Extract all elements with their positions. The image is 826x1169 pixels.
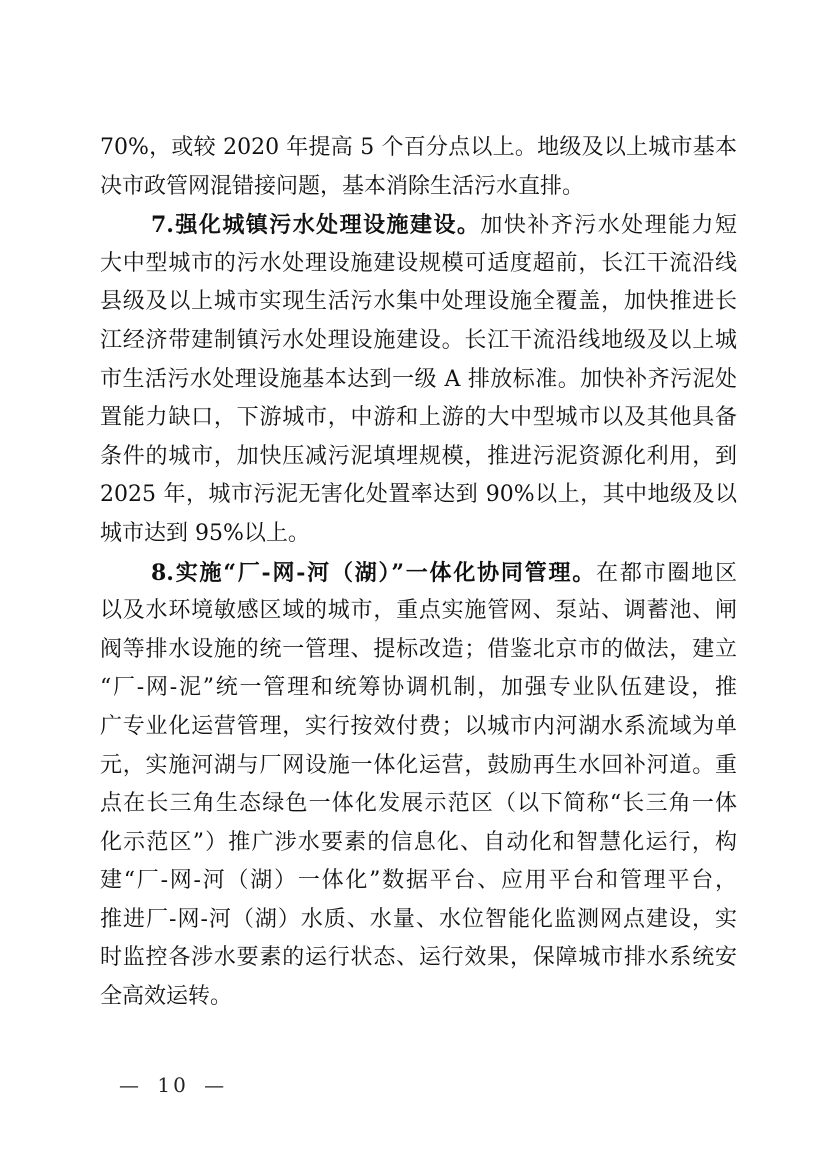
paragraph-text: 建“厂-网-河（湖）一体化”数据平台、应用平台和管理平台， bbox=[100, 868, 737, 893]
paragraph-text: 广专业化运营管理，实行按效付费；以城市内河湖水系流域为单 bbox=[100, 714, 737, 739]
text-line: 置能力缺口，下游城市，中游和上游的大中型城市以及其他具备 bbox=[100, 399, 737, 438]
paragraph-text: 全高效运转。 bbox=[100, 984, 232, 1009]
paragraph-text: 条件的城市，加快压减污泥填埋规模，推进污泥资源化利用，到 bbox=[100, 444, 737, 469]
text-line: 广专业化运营管理，实行按效付费；以城市内河湖水系流域为单 bbox=[100, 708, 737, 747]
text-line: 决市政管网混错接问题，基本消除生活污水直排。 bbox=[100, 168, 737, 207]
text-line: 化示范区”）推广涉水要素的信息化、自动化和智慧化运行，构 bbox=[100, 824, 737, 863]
paragraph-heading: 8.实施“厂-网-河（湖）”一体化协同管理。 bbox=[151, 560, 596, 586]
paragraph-text: 70%，或较 2020 年提高 5 个百分点以上。地级及以上城市基本解 bbox=[100, 135, 737, 168]
paragraph-text: 时监控各涉水要素的运行状态、运行效果，保障城市排水系统安 bbox=[100, 945, 737, 970]
paragraph-text: 县级及以上城市实现生活污水集中处理设施全覆盖，加快推进长 bbox=[100, 289, 737, 314]
paragraph-text: 阀等排水设施的统一管理、提标改造；借鉴北京市的做法，建立 bbox=[100, 637, 737, 662]
page-number: — 10 — bbox=[119, 1070, 227, 1100]
paragraph-text: 江经济带建制镇污水处理设施建设。长江干流沿线地级及以上城 bbox=[100, 328, 737, 353]
text-line: 全高效运转。 bbox=[100, 978, 737, 1017]
text-line: 阀等排水设施的统一管理、提标改造；借鉴北京市的做法，建立 bbox=[100, 631, 737, 670]
text-line: 8.实施“厂-网-河（湖）”一体化协同管理。在都市圈地区 bbox=[100, 554, 737, 593]
text-line: 县级及以上城市实现生活污水集中处理设施全覆盖，加快推进长 bbox=[100, 283, 737, 322]
text-line: 市生活污水处理设施基本达到一级 A 排放标准。加快补齐污泥处 bbox=[100, 361, 737, 400]
text-line: “厂-网-泥”统一管理和统筹协调机制，加强专业队伍建设，推 bbox=[100, 669, 737, 708]
document-page: 70%，或较 2020 年提高 5 个百分点以上。地级及以上城市基本解决市政管网… bbox=[0, 0, 826, 1169]
text-line: 2025 年，城市污泥无害化处置率达到 90%以上，其中地级及以上 bbox=[100, 476, 737, 515]
text-line: 江经济带建制镇污水处理设施建设。长江干流沿线地级及以上城 bbox=[100, 322, 737, 361]
text-line: 70%，或较 2020 年提高 5 个百分点以上。地级及以上城市基本解 bbox=[100, 129, 737, 168]
text-line: 大中型城市的污水处理设施建设规模可适度超前，长江干流沿线 bbox=[100, 245, 737, 284]
paragraph-text: 城市达到 95%以上。 bbox=[100, 521, 310, 546]
text-line: 时监控各涉水要素的运行状态、运行效果，保障城市排水系统安 bbox=[100, 939, 737, 978]
text-line: 推进厂-网-河（湖）水质、水量、水位智能化监测网点建设，实 bbox=[100, 901, 737, 940]
paragraph-heading: 7.强化城镇污水处理设施建设。 bbox=[151, 212, 480, 238]
text-line: 城市达到 95%以上。 bbox=[100, 515, 737, 554]
text-line: 7.强化城镇污水处理设施建设。加快补齐污水处理能力短板， bbox=[100, 206, 737, 245]
paragraph-text: 推进厂-网-河（湖）水质、水量、水位智能化监测网点建设，实 bbox=[100, 907, 737, 932]
paragraph-text: 在都市圈地区 bbox=[596, 561, 737, 586]
paragraph-text: 大中型城市的污水处理设施建设规模可适度超前，长江干流沿线 bbox=[100, 251, 737, 276]
text-line: 建“厂-网-河（湖）一体化”数据平台、应用平台和管理平台， bbox=[100, 862, 737, 901]
text-line: 元，实施河湖与厂网设施一体化运营，鼓励再生水回补河道。重 bbox=[100, 747, 737, 786]
paragraph-text: 以及水环境敏感区域的城市，重点实施管网、泵站、调蓄池、闸 bbox=[100, 598, 737, 623]
paragraph-text: 市生活污水处理设施基本达到一级 A 排放标准。加快补齐污泥处 bbox=[100, 367, 737, 392]
paragraph-text: 点在长三角生态绿色一体化发展示范区（以下简称“长三角一体 bbox=[100, 791, 737, 816]
paragraph-text: 元，实施河湖与厂网设施一体化运营，鼓励再生水回补河道。重 bbox=[100, 753, 737, 778]
text-line: 点在长三角生态绿色一体化发展示范区（以下简称“长三角一体 bbox=[100, 785, 737, 824]
paragraph-text: 2025 年，城市污泥无害化处置率达到 90%以上，其中地级及以上 bbox=[100, 482, 737, 515]
text-line: 条件的城市，加快压减污泥填埋规模，推进污泥资源化利用，到 bbox=[100, 438, 737, 477]
document-lines: 70%，或较 2020 年提高 5 个百分点以上。地级及以上城市基本解决市政管网… bbox=[100, 129, 737, 1017]
paragraph-text: 化示范区”）推广涉水要素的信息化、自动化和智慧化运行，构 bbox=[100, 830, 737, 855]
paragraph-text: “厂-网-泥”统一管理和统筹协调机制，加强专业队伍建设，推 bbox=[100, 675, 737, 700]
paragraph-text: 置能力缺口，下游城市，中游和上游的大中型城市以及其他具备 bbox=[100, 405, 737, 430]
paragraph-text: 决市政管网混错接问题，基本消除生活污水直排。 bbox=[100, 174, 584, 199]
text-line: 以及水环境敏感区域的城市，重点实施管网、泵站、调蓄池、闸 bbox=[100, 592, 737, 631]
